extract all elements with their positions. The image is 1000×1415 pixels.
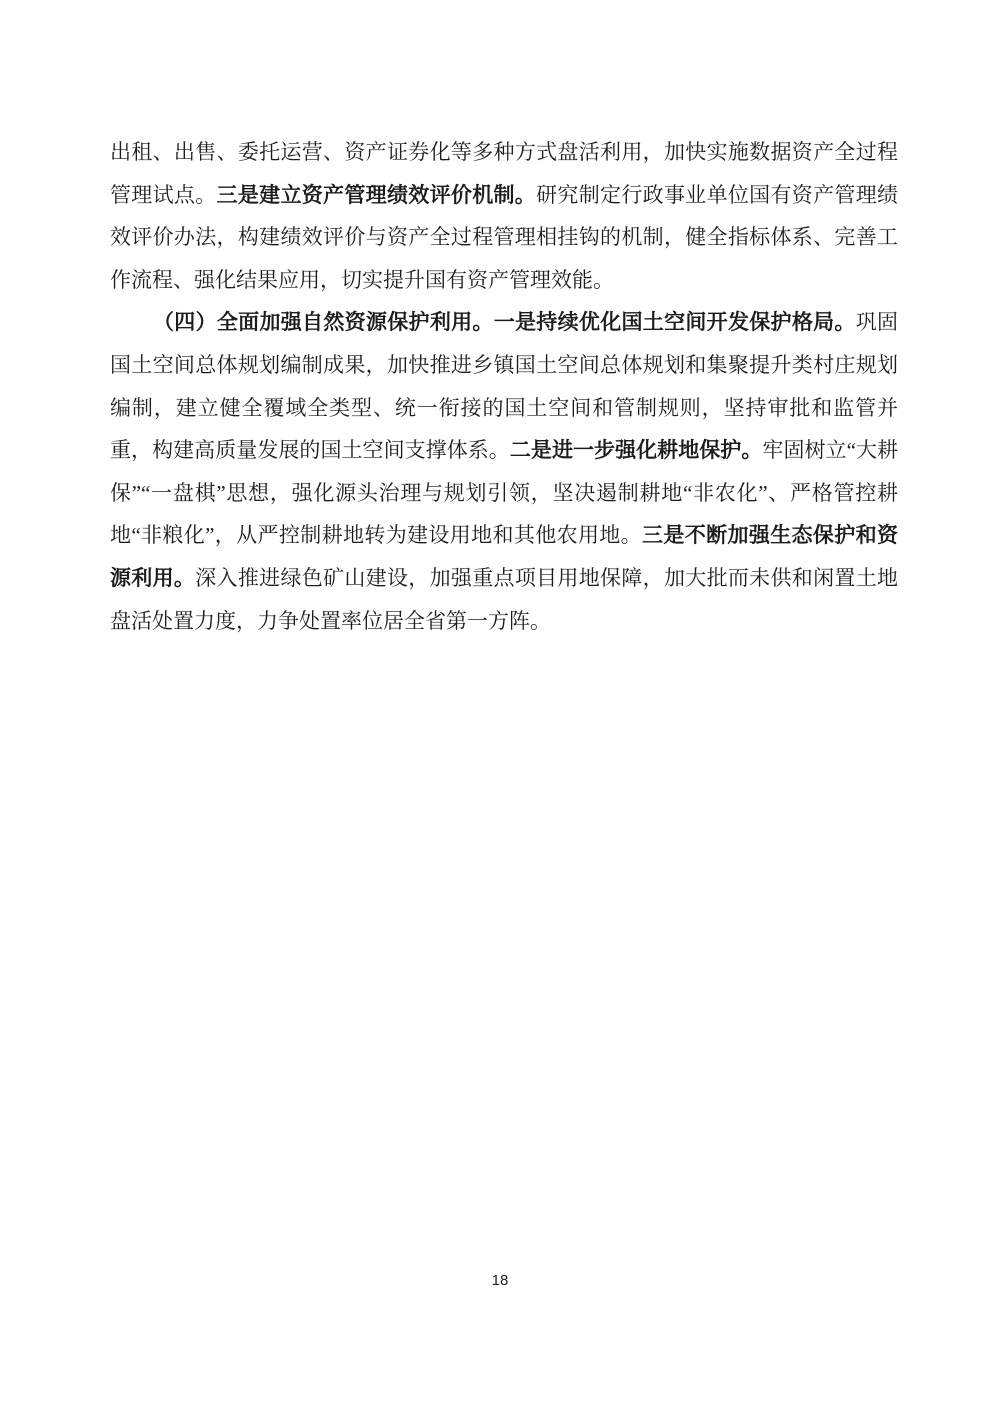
text-run: 一是持续优化国土空间开发保护格局。 (494, 310, 856, 334)
document-body: 出租、出售、委托运营、资产证券化等多种方式盘活利用，加快实施数据资产全过程管理试… (110, 131, 898, 642)
text-run: 二是进一步强化耕地保护。 (510, 438, 763, 462)
document-page: 出租、出售、委托运营、资产证券化等多种方式盘活利用，加快实施数据资产全过程管理试… (0, 0, 1000, 1415)
text-run: 三是建立资产管理绩效评价机制。 (217, 183, 537, 207)
text-run: 深入推进绿色矿山建设，加强重点项目用地保障，加大批而未供和闲置土地盘活处置力度，… (110, 566, 898, 633)
page-number: 18 (0, 1272, 1000, 1289)
paragraph: （四）全面加强自然资源保护利用。一是持续优化国土空间开发保护格局。巩固国土空间总… (110, 301, 898, 642)
paragraph: 出租、出售、委托运营、资产证券化等多种方式盘活利用，加快实施数据资产全过程管理试… (110, 131, 898, 301)
text-run: （四）全面加强自然资源保护利用。 (153, 310, 494, 334)
